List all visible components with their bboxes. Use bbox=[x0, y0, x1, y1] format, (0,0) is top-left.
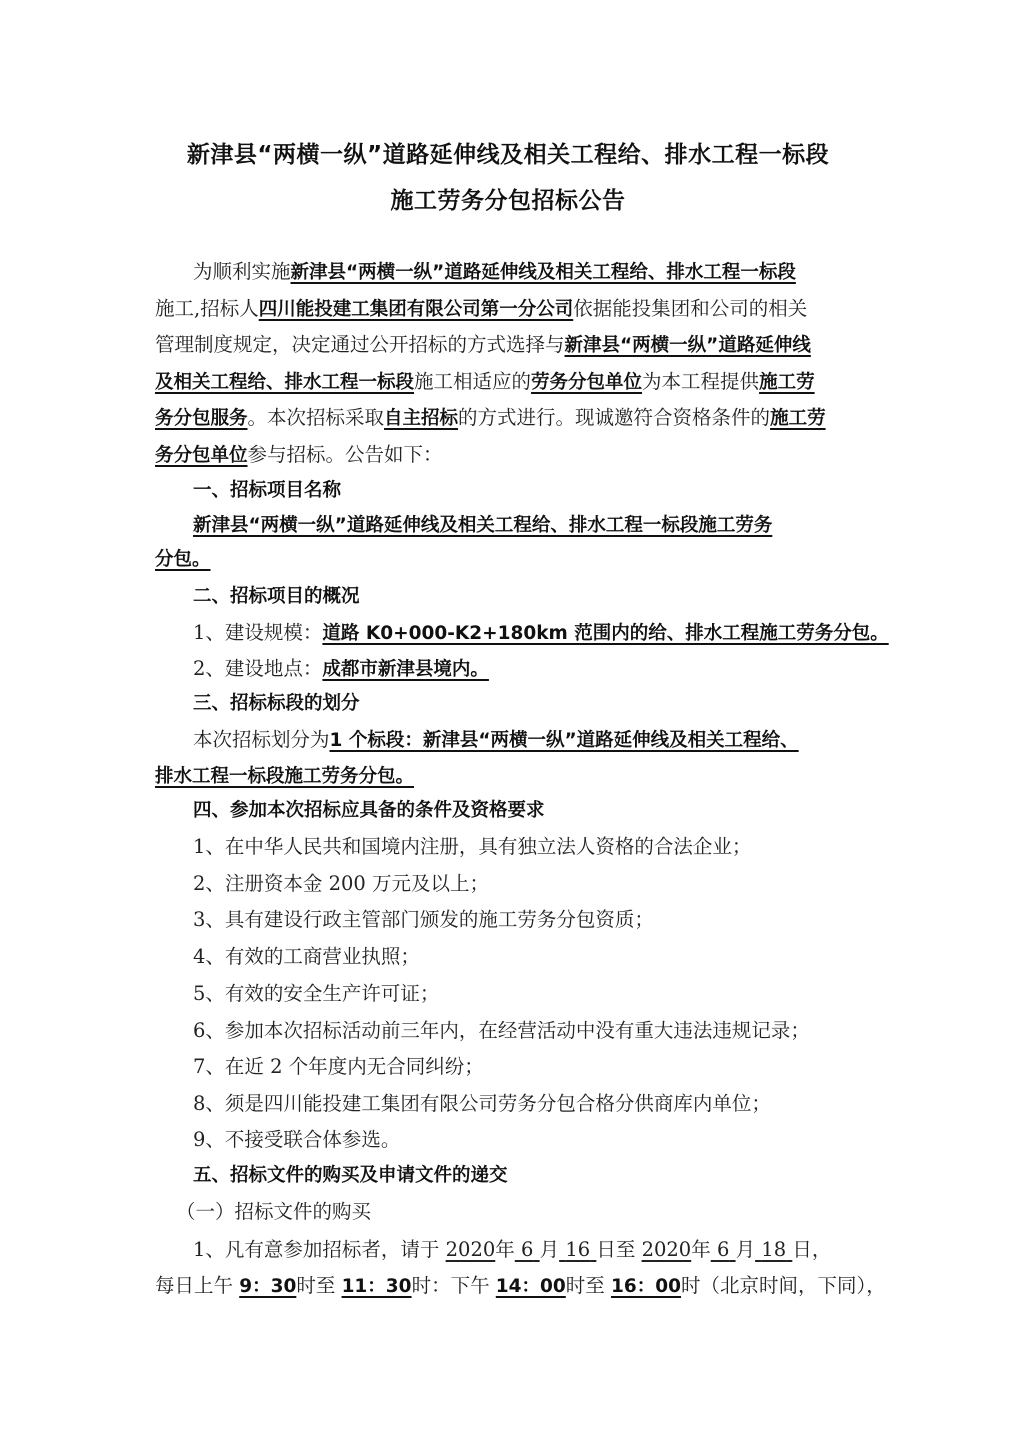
document-title-line1: 新津县“两横一纵”道路延伸线及相关工程给、排水工程一标段 bbox=[0, 136, 1016, 169]
pm-end-time: 16：00 bbox=[611, 1276, 681, 1297]
purchase-tail: 时（北京时间，下同）， bbox=[681, 1274, 886, 1297]
start-day: 16 bbox=[559, 1238, 596, 1261]
intro-line-2: 施工,招标人四川能投建工集团有限公司第一分公司依据能投集团和公司的相关 bbox=[155, 296, 865, 323]
intro-text: 施工,招标人 bbox=[155, 297, 259, 320]
section-2-location: 2、建设地点：成都市新津县境内。 bbox=[193, 656, 865, 683]
intro-text: 依据能投集团和公司的相关 bbox=[573, 297, 807, 320]
start-month: 6 bbox=[515, 1238, 540, 1261]
tender-method-underlined: 自主招标 bbox=[384, 408, 458, 429]
end-year: 2020 bbox=[642, 1238, 692, 1261]
intro-text: 管理制度规定，决定通过公开招标的方式选择与 bbox=[155, 333, 565, 356]
service-underlined: 务分包服务 bbox=[155, 408, 248, 429]
purchase-dates-line: 1、凡有意参加招标者，请于 2020年 6 月 16 日至 2020年 6 月 … bbox=[193, 1237, 865, 1263]
intro-text: 的方式进行。现诚邀符合资格条件的 bbox=[458, 406, 770, 429]
tenderer-name-underlined: 四川能投建工集团有限公司第一分公司 bbox=[259, 299, 574, 320]
requirement-item-6: 6、参加本次招标活动前三年内，在经营活动中没有重大违法违规记录； bbox=[193, 1018, 865, 1044]
intro-text: 参与招标。公告如下： bbox=[248, 443, 443, 466]
intro-line-4: 及相关工程给、排水工程一标段施工相适应的劳务分包单位为本工程提供施工劳 bbox=[155, 369, 865, 396]
hour-to-label: 时至 bbox=[296, 1274, 335, 1297]
intro-text: 施工相适应的 bbox=[414, 370, 531, 393]
requirement-item-1: 1、在中华人民共和国境内注册，具有独立法人资格的合法企业； bbox=[193, 834, 865, 860]
scale-value: 道路 K0+000-K2+180km 范围内的给、排水工程施工劳务分包。 bbox=[322, 623, 888, 644]
section-1-name-line2: 分包。 bbox=[155, 546, 865, 573]
requirement-item-4: 4、有效的工商营业执照； bbox=[193, 944, 865, 970]
pm-label: 时：下午 bbox=[412, 1274, 490, 1297]
requirement-item-3: 3、具有建设行政主管部门颁发的施工劳务分包资质； bbox=[193, 907, 865, 933]
requirement-item-9: 9、不接受联合体参选。 bbox=[193, 1127, 865, 1153]
lot-value: 1 个标段：新津县“两横一纵”道路延伸线及相关工程给、 bbox=[330, 730, 799, 751]
month-label: 月 bbox=[540, 1238, 560, 1261]
service-underlined: 施工劳 bbox=[759, 372, 815, 393]
to-label: 日至 bbox=[596, 1238, 635, 1261]
document-title-line2: 施工劳务分包招标公告 bbox=[0, 182, 1016, 215]
intro-line-6: 务分包单位参与招标。公告如下： bbox=[155, 442, 865, 469]
section-5-heading: 五、招标文件的购买及申请文件的递交 bbox=[193, 1163, 865, 1189]
section-2-scale: 1、建设规模：道路 K0+000-K2+180km 范围内的给、排水工程施工劳务… bbox=[193, 620, 865, 647]
section-1-heading: 一、招标项目名称 bbox=[193, 478, 865, 504]
daily-label: 每日上午 bbox=[155, 1274, 233, 1297]
labor-unit-underlined: 施工劳 bbox=[770, 408, 826, 429]
year-label: 年 bbox=[691, 1238, 711, 1261]
labor-unit-underlined: 务分包单位 bbox=[155, 445, 248, 466]
section-5-sub1: （一）招标文件的购买 bbox=[176, 1199, 886, 1225]
section-4-heading: 四、参加本次招标应具备的条件及资格要求 bbox=[193, 798, 865, 824]
scale-label: 1、建设规模： bbox=[193, 621, 322, 644]
requirement-item-2: 2、注册资本金 200 万元及以上； bbox=[193, 871, 865, 897]
section-3-text-line1: 本次招标划分为1 个标段：新津县“两横一纵”道路延伸线及相关工程给、 bbox=[193, 727, 865, 754]
month-label: 月 bbox=[736, 1238, 756, 1261]
section-2-heading: 二、招标项目的概况 bbox=[193, 584, 865, 610]
hour-to-label: 时至 bbox=[566, 1274, 605, 1297]
labor-unit-underlined: 劳务分包单位 bbox=[531, 372, 642, 393]
section-3-heading: 三、招标标段的划分 bbox=[193, 691, 865, 717]
section-3-prefix: 本次招标划分为 bbox=[193, 728, 330, 751]
intro-line-5: 务分包服务。本次招标采取自主招标的方式进行。现诚邀符合资格条件的施工劳 bbox=[155, 405, 865, 432]
requirement-item-5: 5、有效的安全生产许可证； bbox=[193, 981, 865, 1007]
intro-text: 为本工程提供 bbox=[642, 370, 759, 393]
am-start-time: 9：30 bbox=[239, 1276, 296, 1297]
project-name-underlined: 新津县“两横一纵”道路延伸线及相关工程给、排水工程一标段 bbox=[291, 262, 796, 283]
purchase-prefix: 1、凡有意参加招标者，请于 bbox=[193, 1238, 439, 1261]
project-name-underlined: 及相关工程给、排水工程一标段 bbox=[155, 372, 414, 393]
requirement-item-8: 8、须是四川能投建工集团有限公司劳务分包合格分供商库内单位； bbox=[193, 1091, 865, 1117]
start-year: 2020 bbox=[446, 1238, 496, 1261]
requirement-item-7: 7、在近 2 个年度内无合同纠纷； bbox=[193, 1054, 865, 1080]
intro-text: 。本次招标采取 bbox=[248, 406, 385, 429]
section-3-text-line2: 排水工程一标段施工劳务分包。 bbox=[155, 763, 865, 790]
project-name-underlined: 分包。 bbox=[155, 549, 211, 570]
location-label: 2、建设地点： bbox=[193, 657, 322, 680]
intro-line-3: 管理制度规定，决定通过公开招标的方式选择与新津县“两横一纵”道路延伸线 bbox=[155, 332, 865, 359]
purchase-hours-line: 每日上午 9：30时至 11：30时：下午 14：00时至 16：00时（北京时… bbox=[155, 1273, 865, 1300]
document-page: 新津县“两横一纵”道路延伸线及相关工程给、排水工程一标段 施工劳务分包招标公告 … bbox=[0, 0, 1016, 1435]
intro-text: 为顺利实施 bbox=[193, 260, 291, 283]
pm-start-time: 14：00 bbox=[496, 1276, 566, 1297]
location-value: 成都市新津县境内。 bbox=[322, 659, 489, 680]
section-1-name-line1: 新津县“两横一纵”道路延伸线及相关工程给、排水工程一标段施工劳务 bbox=[193, 512, 865, 539]
lot-value: 排水工程一标段施工劳务分包。 bbox=[155, 766, 414, 787]
day-label: 日， bbox=[792, 1238, 831, 1261]
intro-line-1: 为顺利实施新津县“两横一纵”道路延伸线及相关工程给、排水工程一标段 bbox=[193, 259, 865, 286]
project-name-underlined: 新津县“两横一纵”道路延伸线 bbox=[565, 335, 811, 356]
year-label: 年 bbox=[495, 1238, 515, 1261]
end-month: 6 bbox=[711, 1238, 736, 1261]
project-name-underlined: 新津县“两横一纵”道路延伸线及相关工程给、排水工程一标段施工劳务 bbox=[193, 515, 772, 536]
end-day: 18 bbox=[755, 1238, 792, 1261]
am-end-time: 11：30 bbox=[342, 1276, 412, 1297]
